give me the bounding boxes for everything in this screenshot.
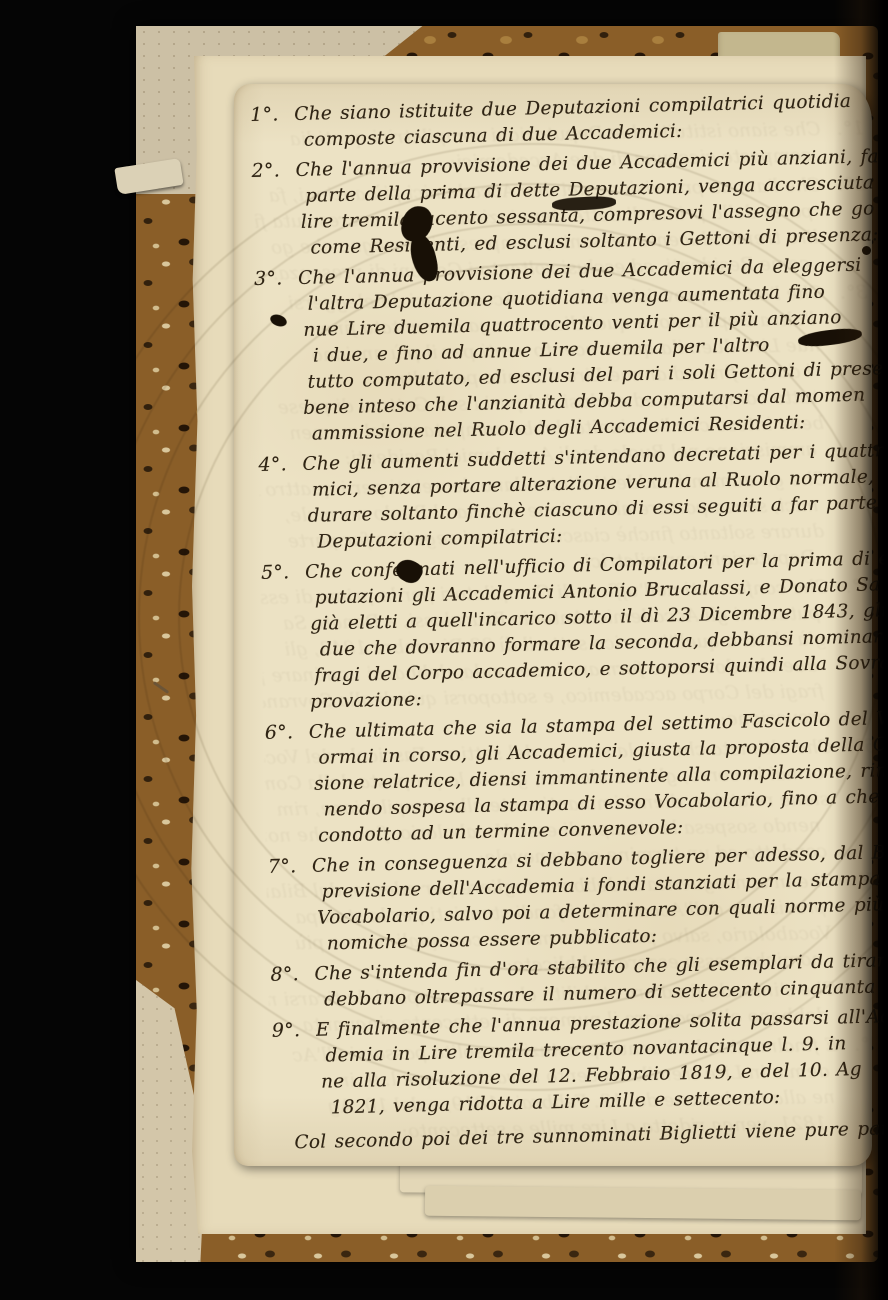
- ink-speck: [862, 246, 871, 255]
- item-number: 7°.: [268, 855, 297, 878]
- item-row: 9°.E finalmente che l'annua prestazione …: [274, 1004, 888, 1123]
- manuscript-text: 1°.Che siano istituite due Deputazioni c…: [252, 88, 888, 1157]
- item-number: 1°.: [250, 103, 279, 126]
- item-number: 4°.: [258, 453, 287, 476]
- item-row: 8°.Che s'intenda fin d'ora stabilito che…: [272, 948, 888, 1015]
- page-stack-edge: [425, 1186, 861, 1221]
- numbered-items: 1°.Che siano istituite due Deputazioni c…: [252, 88, 888, 1123]
- item-number: 9°.: [272, 1019, 301, 1042]
- item-number: 3°.: [254, 267, 283, 290]
- item-number: 8°.: [270, 963, 299, 986]
- item-row: 4°.Che gli aumenti suddetti s'intendano …: [260, 438, 888, 557]
- item-number: 6°.: [265, 721, 294, 744]
- item-number: 5°.: [261, 561, 290, 584]
- item-row: 6°.Che ultimata che sia la stampa del se…: [267, 706, 888, 851]
- item-number: 2°.: [251, 159, 280, 182]
- item-row: 7°.Che in conseguenza si debbano toglier…: [270, 840, 888, 959]
- item-row: 5°.Che confermati nell'ufficio di Compil…: [263, 546, 888, 717]
- item-row: 3°.Che l'annua provvisione dei due Accad…: [256, 252, 888, 449]
- manuscript-photograph: 1°.Che siano istituite due Deputazioni c…: [0, 0, 888, 1300]
